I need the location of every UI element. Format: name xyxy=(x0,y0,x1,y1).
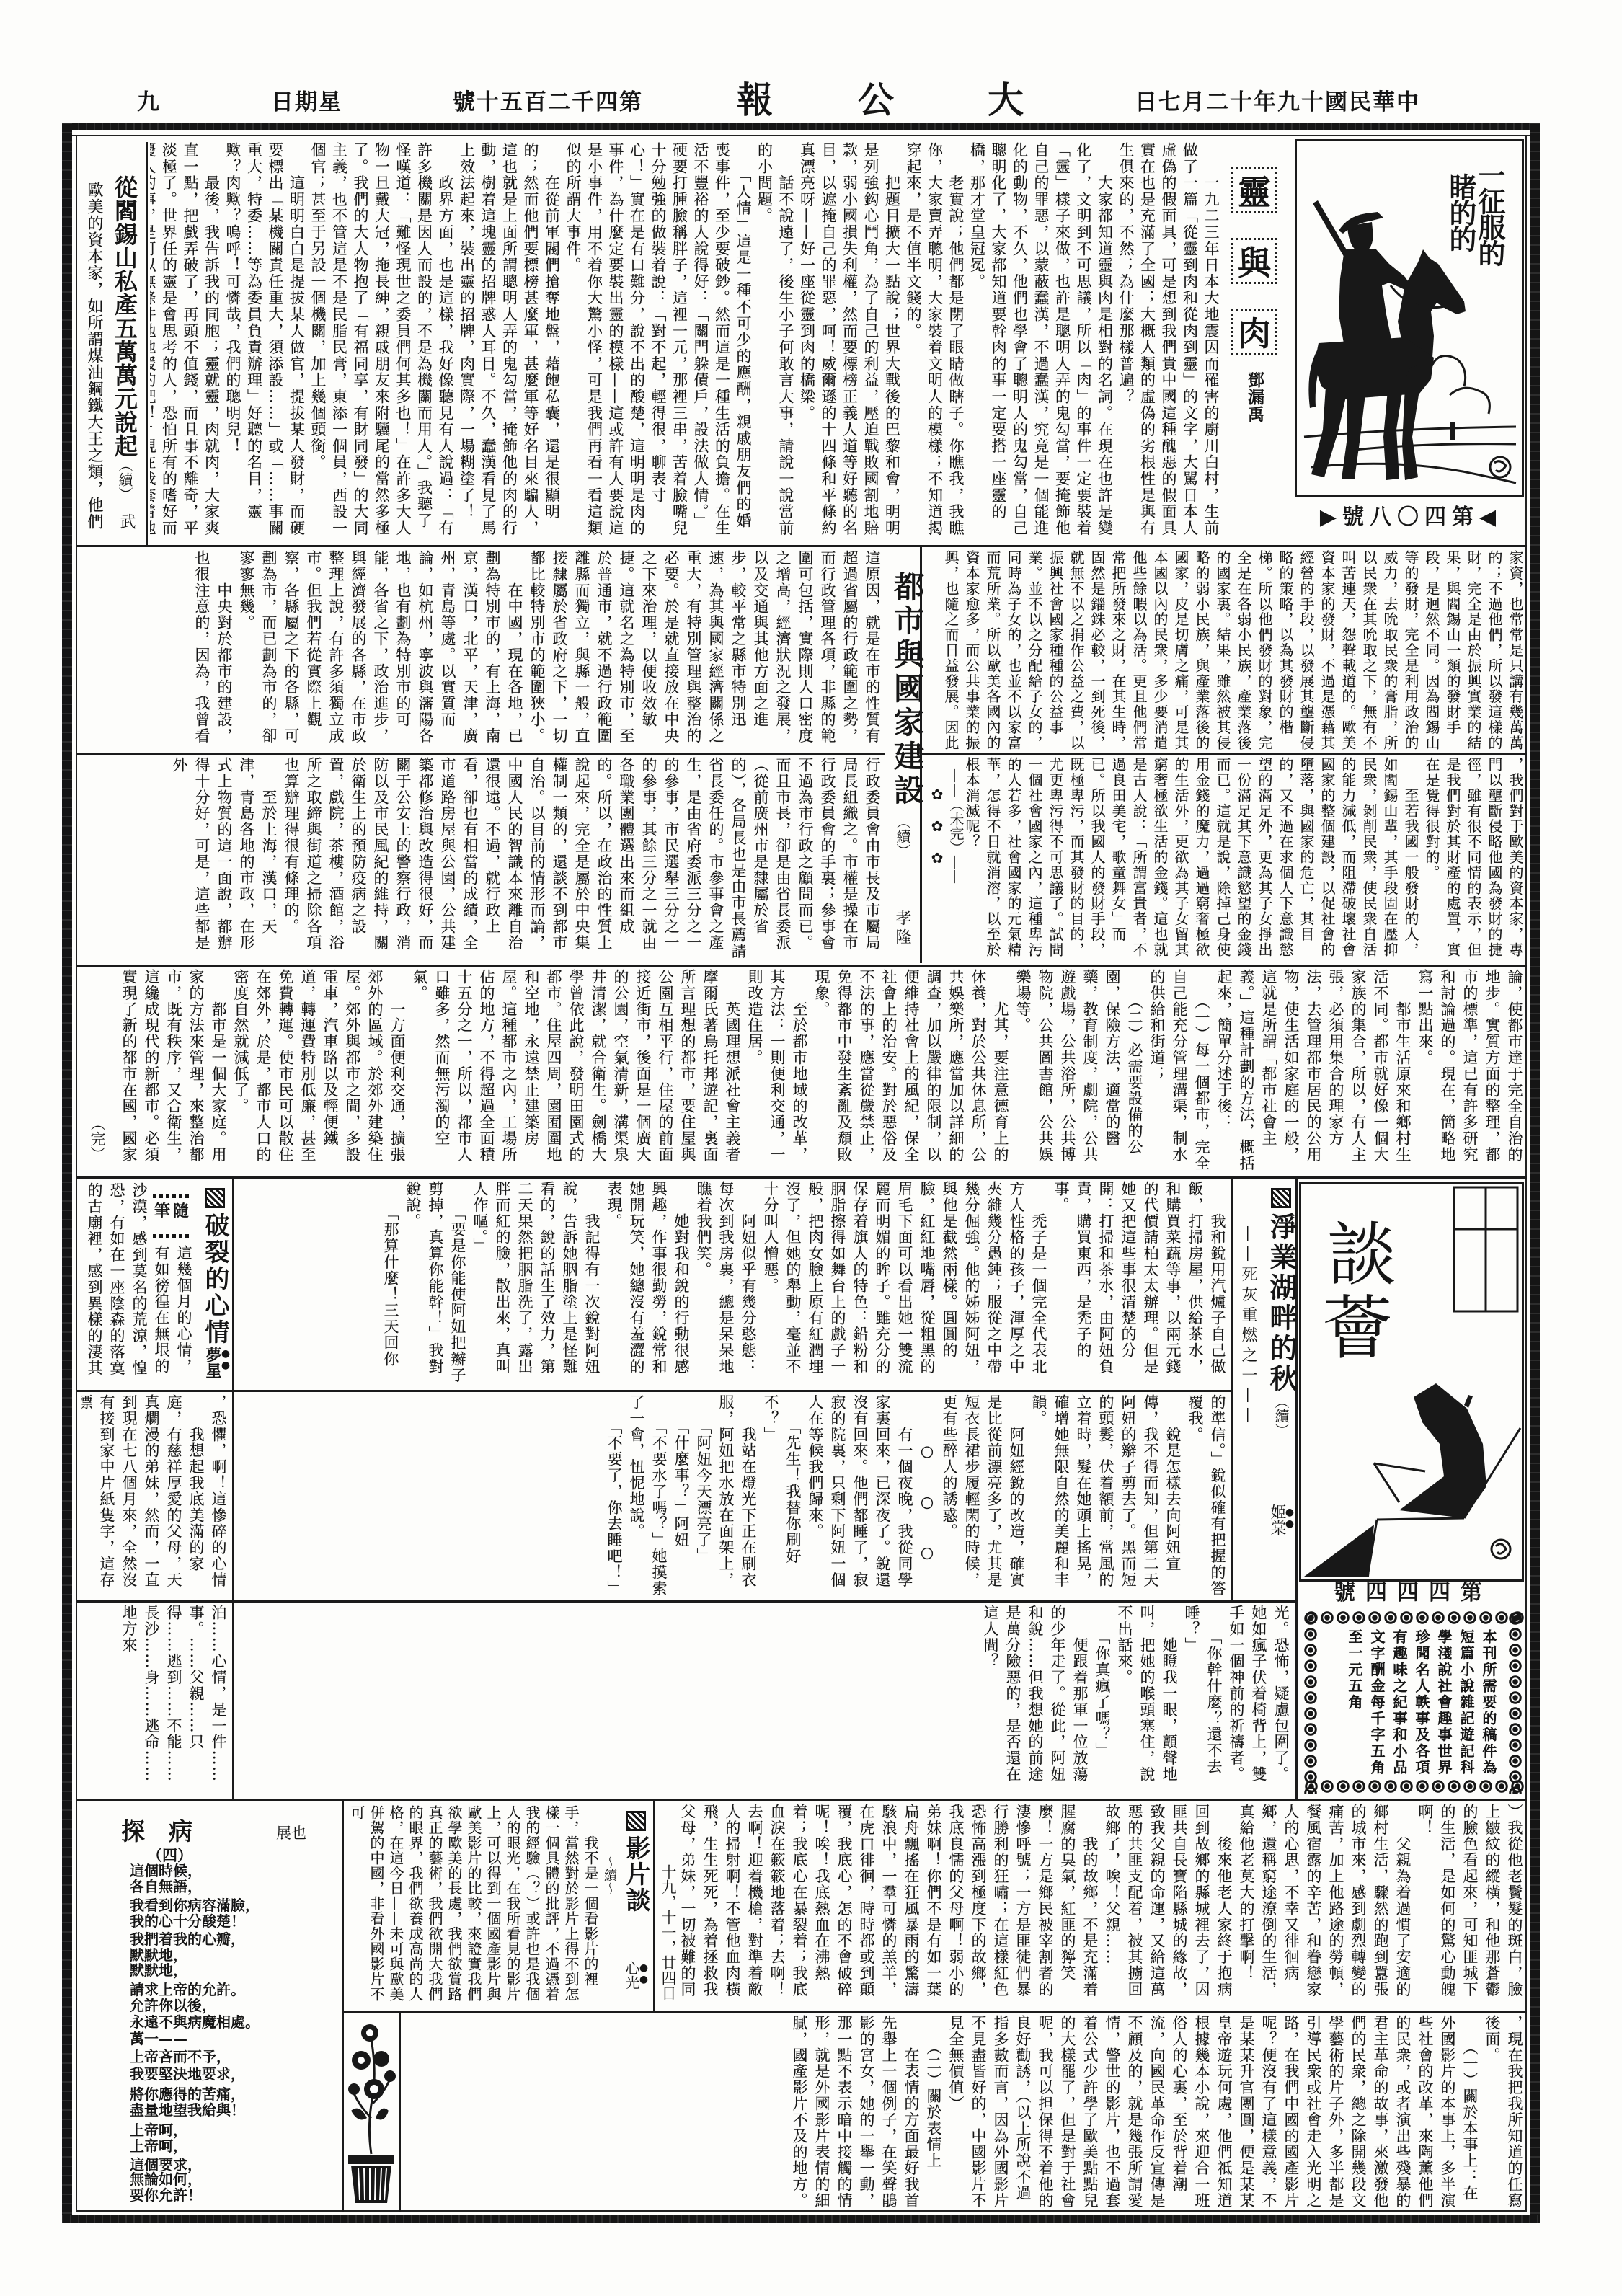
article-body-dushi-b: 行政委員會由市長及市屬局局長組織之。市權是操在市行政委員會的手裏；參事會不過為市… xyxy=(81,757,883,962)
poem-line: 我的心十分酸楚！ xyxy=(130,1913,245,1929)
article-body-yingpian-2: ，現在我把我所知道的任寫後面。 （一）關於本事上：在外國影片的本事上，多半演些社… xyxy=(404,2015,1525,2209)
weekday: 星期日 xyxy=(271,88,342,117)
column-divider xyxy=(342,1799,344,2212)
tier-rule xyxy=(77,965,1527,967)
article-title-char-box: 肉 xyxy=(1231,309,1277,355)
author-dots-icon: ●● xyxy=(221,1348,231,1371)
rider-silhouette xyxy=(1313,200,1411,347)
tanhui-issue-label: 第四四四號 xyxy=(1306,1581,1520,1605)
poem-line: 我看到你病容滿臉， xyxy=(130,1897,260,1913)
article-continued-mark: （續） xyxy=(116,457,133,502)
circle-border-top xyxy=(1303,1610,1524,1625)
column-divider xyxy=(146,142,148,545)
poem-line: 要你允許！ xyxy=(130,2187,202,2203)
article-title-char: 肉 xyxy=(1238,308,1271,355)
poem-line: 我要堅決地要求， xyxy=(130,2066,245,2082)
wavy-rule xyxy=(153,1194,192,1198)
article-body-yan-cont-b: ，我們對于歐美的資本家，專門以壟斷侵略他國為發財的捷徑，雖有很不同情的表示，但是… xyxy=(966,757,1525,962)
poem-line: 將你應得的苦痛， xyxy=(130,2086,245,2102)
article-title-jingye: 淨業湖畔的秋（續） xyxy=(1262,1188,1301,1437)
bottom-border xyxy=(62,2215,1540,2223)
article-body-dushi-a: 這原因，就是在市的性質有超過省屬的行政範圍之勢，而行政管理各項，非縣的範圍可包括… xyxy=(81,550,883,751)
article-end-mark: （完） xyxy=(87,1116,108,1161)
masthead-char-bao: 報 xyxy=(737,79,773,121)
poem-line: 盡量地望我給與！ xyxy=(130,2102,245,2118)
circle-border-bottom xyxy=(1303,1779,1524,1794)
article-body-yan-cont-a: 家資，也常常是只講有幾萬萬的；不過他們，所以發這樣的財，完全是由於振興實業的結果… xyxy=(924,550,1525,751)
title-ornament-icon xyxy=(1271,1188,1291,1208)
article-author-yan: 武 xyxy=(115,513,138,529)
article-body-yingpian-1: 我不是一個看影片的裡手，當然對於影片上得不到怎樣一個具體的批評，不過憑着我的經驗… xyxy=(346,1805,600,2008)
left-border xyxy=(62,123,72,2223)
article-title-dushi: 都市與國家建設 xyxy=(885,571,929,808)
submission-notice-text: 本刊所需要的稿件為短篇小說雜記遊記科學淺說社會趣事世界珍聞名人軼事及各項有趣味之… xyxy=(1329,1629,1499,1778)
corner-triangle xyxy=(1304,1525,1374,1577)
title-ornament-icon xyxy=(205,1188,225,1208)
continued-end-mark: ——（未完）—— xyxy=(946,768,967,884)
illustration-caption-left: 睹的的 xyxy=(1441,173,1481,251)
poem-line: 上帝吝而不予， xyxy=(130,2049,231,2065)
article-body-jingye-5: 我和銳用汽爐子自己做飯，打掃房屋，供給茶水，和購買菜蔬等事，以兩元錢的代價請柏太… xyxy=(238,1181,1228,1388)
poem-line: 各自無語， xyxy=(130,1879,202,1894)
tier-rule xyxy=(77,545,1527,547)
article-title-char-box: 與 xyxy=(1231,238,1277,284)
right-border xyxy=(1530,123,1540,2223)
poem-title-char: 探 xyxy=(121,1818,145,1845)
poem-line: 默默地， xyxy=(130,1962,187,1978)
illustration-issue-label: ◀第四〇八號▶ xyxy=(1306,503,1515,532)
article-body-polie-8: ）我從他老鬢髮的斑白，臉上皺紋的縱橫，和他那蒼鬱的臉色看起來，可知匪城下的生活，… xyxy=(681,1804,1525,2008)
right-border-inner xyxy=(1525,135,1527,2211)
window-grid-icon xyxy=(1454,1187,1517,1311)
section-label-suibi: 隨筆 xyxy=(154,1201,192,1221)
poem-line: 上帝呵， xyxy=(130,2122,187,2138)
article-title-char: 靈 xyxy=(1238,167,1271,214)
tanhui-logo-char: 談 xyxy=(1327,1219,1396,1291)
wavy-rule xyxy=(153,1234,192,1238)
article-body-dushi-c: 論，使都市達于完全自治的地步。實質方面的整理，都市的標準，這已有許多研究和討論過… xyxy=(115,969,1525,1174)
poem-line: 默默地， xyxy=(130,1947,187,1963)
tanhui-logo-char: 薈 xyxy=(1323,1293,1392,1365)
author-dots-icon: ●● xyxy=(1285,1507,1295,1530)
poem-author: 展也 xyxy=(276,1824,306,1843)
article-subtitle-jingye: ——死灰重燃之一—— xyxy=(1237,1225,1259,1427)
pot-rim xyxy=(348,2155,394,2164)
poem-line: 上帝呵， xyxy=(130,2138,187,2154)
band-rule xyxy=(77,1390,1233,1392)
article-title-char: 與 xyxy=(1238,237,1271,285)
poem-line: 永遠不與病魔相處。 xyxy=(130,2014,260,2030)
page-number: 九 xyxy=(137,88,161,117)
tier-rule xyxy=(77,1799,1527,1801)
poem-line: 我捫着我的心瓣， xyxy=(130,1931,245,1947)
article-title-yan-text: 從閻錫山私產五萬萬元說起 xyxy=(111,175,138,457)
poem-line: 這個時候， xyxy=(130,1863,202,1879)
band-rule xyxy=(343,2011,1527,2013)
band-rule xyxy=(922,753,1527,755)
circle-border-left xyxy=(1303,1610,1318,1794)
article-body-ling-yu-rou: 一九二三年日本大地震因而罹害的廚川白村，生前做了一篇「從靈到肉和從肉到靈」的文字… xyxy=(150,142,1221,544)
column-divider xyxy=(653,1799,655,2011)
poem-line: 請求上帝的允許。 xyxy=(130,1982,245,1998)
poem-line: 萬一—— xyxy=(130,2031,187,2047)
bottom-border-inner xyxy=(76,2210,1527,2212)
flower-ornament-icon: ✿ ✿ ✿ xyxy=(927,786,948,866)
article-title-jingye-text: 淨業湖畔的秋 xyxy=(1265,1213,1298,1394)
article-title-yingpian-text: 影片談 xyxy=(621,1835,650,1913)
article-author-dushi: 孝隆 xyxy=(891,910,913,947)
flower-pot-ornament xyxy=(345,2017,397,2206)
tanhui-column-header: 談 薈 xyxy=(1299,1182,1524,1582)
title-ornament-icon xyxy=(626,1811,646,1831)
article-body-jingye-7: 光。恐怖，疑慮包圍了。她如瘋子伏着椅背上，雙手如一個神前的祈禱者。 「你幹什麼？… xyxy=(238,1605,1292,1796)
article-body-polie-6: ，恐懼，啊！這慘碎的心情 我想起我底美滿的家庭，有慈祥厚愛的父母，天真爛漫的弟妹… xyxy=(81,1394,229,1598)
poem-line: 允許你以後， xyxy=(130,1998,216,2013)
article-title-yingpian: 影片談 xyxy=(619,1811,654,1913)
column-divider xyxy=(399,2011,401,2212)
circle-border-right xyxy=(1508,1610,1523,1794)
submission-notice-box: 本刊所需要的稿件為短篇小說雜記遊記科學淺說社會趣事世界珍聞名人軼事及各項有趣味之… xyxy=(1303,1610,1524,1794)
illustration-cavalry-frame: 一征服的 睹的的 xyxy=(1295,139,1524,497)
poem-title-char: 病 xyxy=(169,1818,192,1845)
band-rule xyxy=(77,1600,1297,1603)
article-continued-mark: （續） xyxy=(1272,1394,1290,1437)
fan-shape xyxy=(1399,1383,1486,1518)
author-dots-icon: ●● xyxy=(639,1962,649,1985)
article-body-jingye-6: 的準信。」銳似確有把握的答覆我。 銳是怎樣去向阿妞宣傳，我不得而知，但第二天阿妞… xyxy=(238,1394,1228,1598)
article-title-polie: 破裂的心情 xyxy=(198,1188,233,1346)
masthead-char-gong: 公 xyxy=(858,79,894,121)
publication-date: 中華民國十九年十二月七日 xyxy=(1135,88,1420,117)
article-title-char-box: 靈 xyxy=(1231,167,1277,213)
article-continued-mark: （續） xyxy=(892,815,913,858)
article-date-polie: 十九，十一，廿四日 xyxy=(657,1864,679,2000)
article-body-polie-5a: 這幾個月的心情，有如徬徨在無垠的 xyxy=(150,1245,195,1388)
masthead-char-da: 大 xyxy=(988,79,1024,121)
article-body-polie-7: 泊……心情，是一件……事。……父親……只得……逃到……不能……長沙……身……逃命… xyxy=(81,1605,229,1796)
tier-rule xyxy=(77,1176,1527,1179)
article-lead-yan: 歐美的資本家，如所謂煤油鋼鐵大王之類，他們 xyxy=(81,149,105,538)
left-border-inner xyxy=(76,135,77,2211)
column-divider xyxy=(920,546,922,963)
article-title-polie-text: 破裂的心情 xyxy=(200,1213,229,1346)
band-rule xyxy=(77,753,885,755)
header-rule-thin xyxy=(72,135,1530,136)
issue-number: 第四千二百五十號 xyxy=(453,88,643,117)
header-rule-thick xyxy=(62,123,1540,130)
poem-line: 無論如何， xyxy=(130,2171,202,2187)
article-title-yan: 從閻錫山私產五萬萬元說起（續） xyxy=(108,175,141,502)
article-body-polie-5b: 沙漠，感到莫名的荒涼，惶恐，有如在一座陰森的落寞的古廟裡，感到異樣的淒其 xyxy=(81,1182,150,1388)
article-author-ling: 鄧漏禹 xyxy=(1243,371,1267,423)
article-continued-mark: ～續～ xyxy=(600,1856,619,1894)
